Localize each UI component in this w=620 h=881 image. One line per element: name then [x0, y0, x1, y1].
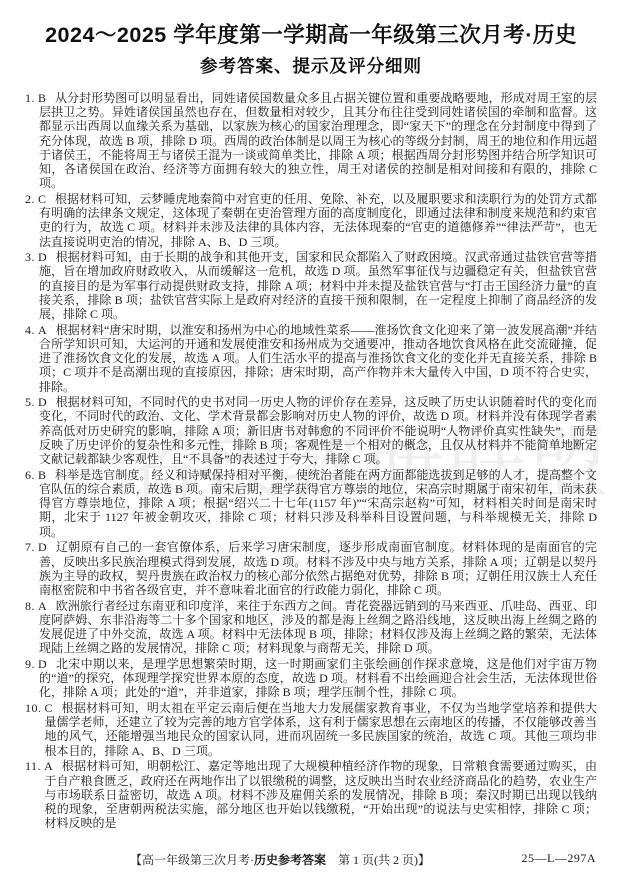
- answer-item-2: 2.C根据材料可知，云梦睡虎地秦简中对官吏的任用、免除、补充，以及履职要求和渎职…: [25, 192, 597, 249]
- answers-list: 1.B从分封形势图可以明显看出，同姓诸侯国数量众多且占据关键位置和重要战略要地，…: [25, 91, 597, 830]
- answer-letter: D: [38, 395, 47, 409]
- answer-explanation: 欧洲旅行者经过东南亚和印度洋，来往于东西方之间。青花瓷器远销到的马来西亚、爪哇岛…: [39, 599, 597, 656]
- answer-item-9: 9.D北宋中期以来，是理学思想繁荣时期，这一时期画家们主张绘画创作探求意境，这是…: [25, 657, 597, 700]
- answer-explanation: 科举是选官制度。经义和诗赋保持相对平衡，使统治者能在两方面都能选拔到足够的人才，…: [39, 468, 597, 539]
- answer-number: 11.: [25, 759, 41, 773]
- answer-explanation: 根据材料可知，明朝松江、嘉定等地出现了大规模种植经济作物的现象，日常粮食需要通过…: [45, 759, 598, 830]
- answer-explanation: 从分封形势图可以明显看出，同姓诸侯国数量众多且占据关键位置和重要战略要地，形成对…: [39, 91, 597, 190]
- answer-letter: C: [45, 701, 53, 715]
- answer-number: 4.: [25, 323, 35, 337]
- answer-item-3: 3.D根据材料可知，由于长期的战争和其他开支，国家和民众都陷入了财政困境。汉武帝…: [25, 250, 597, 321]
- answer-number: 9.: [25, 657, 35, 671]
- answer-number: 5.: [25, 395, 35, 409]
- answer-explanation: 根据材料可知，不同时代的史书对同一历史人物的评价存在差异，这反映了历史认识随着时…: [39, 395, 597, 466]
- answer-item-4: 4.A根据材料“唐宋时期，以淮安和扬州为中心的地域性菜系——淮扬饮食文化迎来了第…: [25, 323, 597, 394]
- answer-number: 7.: [25, 540, 35, 554]
- answer-letter: D: [38, 540, 47, 554]
- answer-number: 2.: [25, 192, 35, 206]
- answer-item-8: 8.A欧洲旅行者经过东南亚和印度洋，来往于东西方之间。青花瓷器远销到的马来西亚、…: [25, 599, 597, 656]
- page-subtitle: 参考答案、提示及评分细则: [25, 53, 597, 78]
- answer-item-5: 5.D根据材料可知，不同时代的史书对同一历史人物的评价存在差异，这反映了历史认识…: [25, 395, 597, 466]
- answer-explanation: 辽朝原有自己的一套官僚体系，后来学习唐宋制度，逐步形成南面官制度。材料体现的是南…: [39, 540, 597, 597]
- answer-explanation: 根据材料可知，云梦睡虎地秦简中对官吏的任用、免除、补充，以及履职要求和渎职行为的…: [39, 192, 597, 249]
- answer-item-10: 10.C根据材料可知，明太祖在平定云南后便在当地大力发展儒家教育事业，不仅为当地…: [25, 701, 597, 758]
- footer-code: 25—L—297A: [522, 851, 597, 866]
- answer-number: 8.: [25, 599, 35, 613]
- page-footer: 【高一年级第三次月考·历史参考答案 第 1 页(共 2 页)】 25—L—297…: [0, 851, 620, 867]
- answer-explanation: 根据材料可知，明太祖在平定云南后便在当地大力发展儒家教育事业，不仅为当地学堂培养…: [45, 701, 598, 758]
- footer-caption-prefix: 【高一年级第三次月考·: [130, 853, 254, 867]
- answer-number: 10.: [25, 701, 42, 715]
- answer-number: 6.: [25, 468, 35, 482]
- answer-item-7: 7.D辽朝原有自己的一套官僚体系，后来学习唐宋制度，逐步形成南面官制度。材料体现…: [25, 540, 597, 597]
- answer-letter: A: [44, 759, 53, 773]
- answer-letter: D: [38, 250, 47, 264]
- answer-letter: C: [38, 192, 46, 206]
- answer-explanation: 根据材料“唐宋时期，以淮安和扬州为中心的地域性菜系——淮扬饮食文化迎来了第一波发…: [39, 323, 597, 394]
- answer-sheet-page: 名校教研联盟 2024～2025 学年度第一学期高一年级第三次月考·历史 参考答…: [0, 0, 620, 881]
- answer-letter: B: [38, 468, 46, 482]
- answer-number: 1.: [25, 91, 35, 105]
- answer-number: 3.: [25, 250, 35, 264]
- answer-letter: A: [38, 323, 47, 337]
- answer-letter: B: [38, 91, 46, 105]
- answer-item-1: 1.B从分封形势图可以明显看出，同姓诸侯国数量众多且占据关键位置和重要战略要地，…: [25, 91, 597, 190]
- answer-letter: A: [38, 599, 47, 613]
- page-title: 2024～2025 学年度第一学期高一年级第三次月考·历史: [25, 18, 597, 49]
- answer-item-11: 11.A根据材料可知，明朝松江、嘉定等地出现了大规模种植经济作物的现象，日常粮食…: [25, 759, 597, 830]
- answer-letter: D: [38, 657, 47, 671]
- answer-explanation: 根据材料可知，由于长期的战争和其他开支，国家和民众都陷入了财政困境。汉武帝通过盐…: [39, 250, 597, 321]
- footer-caption-suffix: 第 1 页(共 2 页)】: [326, 853, 430, 867]
- answer-explanation: 北宋中期以来，是理学思想繁荣时期，这一时期画家们主张绘画创作探求意境，这是他们对…: [39, 657, 597, 699]
- answer-item-6: 6.B科举是选官制度。经义和诗赋保持相对平衡，使统治者能在两方面都能选拔到足够的…: [25, 468, 597, 539]
- footer-caption-bold: 历史参考答案: [254, 853, 326, 867]
